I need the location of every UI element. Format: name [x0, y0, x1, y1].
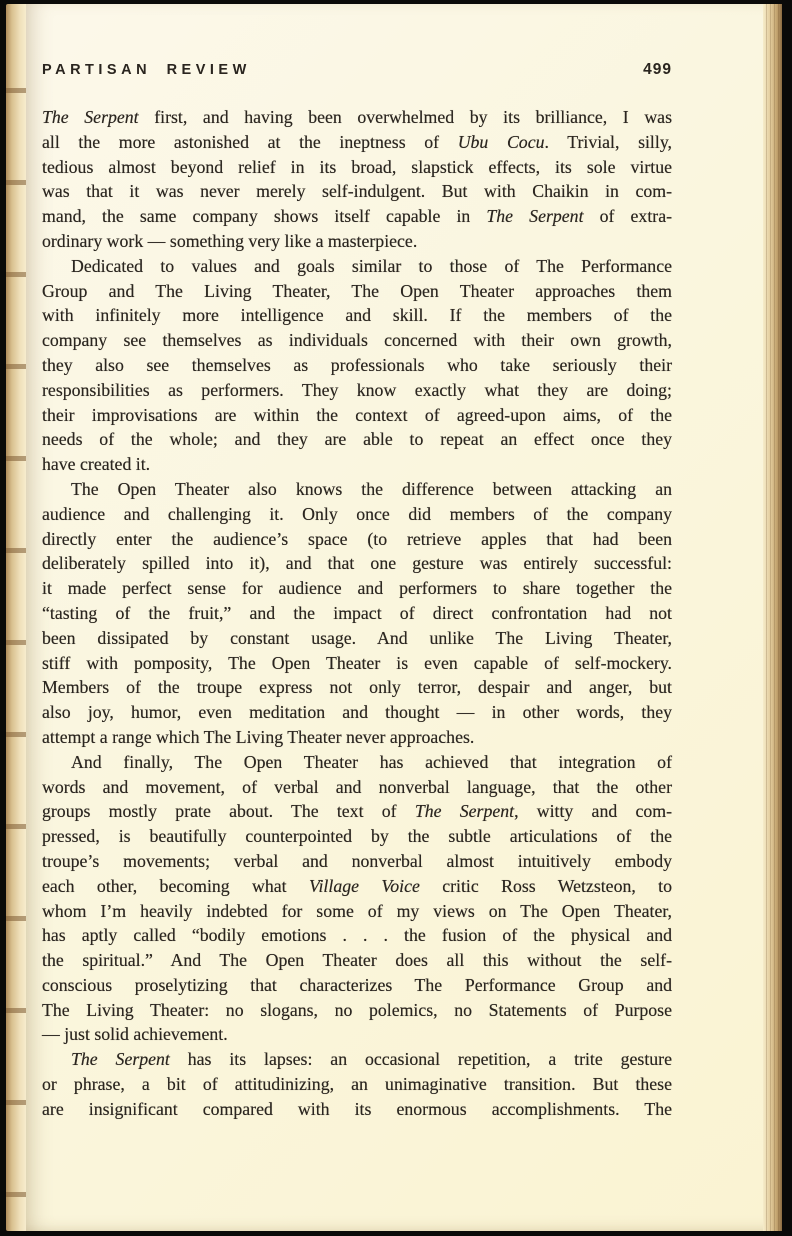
- text-line: directly enter the audience’s space (to …: [42, 527, 672, 552]
- text-line: they also see themselves as professional…: [42, 353, 672, 378]
- text-line: are insignificant compared with its enor…: [42, 1097, 672, 1122]
- paragraph: The Serpent has its lapses: an occasiona…: [42, 1047, 672, 1121]
- text-line: And finally, The Open Theater has achiev…: [42, 750, 672, 775]
- text-line: needs of the whole; and they are able to…: [42, 427, 672, 452]
- text-line: have created it.: [42, 452, 672, 477]
- text-line: groups mostly prate about. The text of T…: [42, 799, 672, 824]
- text-line: or phrase, a bit of attitudinizing, an u…: [42, 1072, 672, 1097]
- page-edge-left: [6, 4, 26, 1231]
- text-line: all the more astonished at the ineptness…: [42, 130, 672, 155]
- paragraph: The Serpent first, and having been overw…: [42, 105, 672, 254]
- text-line: tedious almost beyond relief in its broa…: [42, 155, 672, 180]
- text-line: “tasting of the fruit,” and the impact o…: [42, 601, 672, 626]
- book-scan: PARTISAN REVIEW 499 The Serpent first, a…: [0, 0, 792, 1236]
- text-line: The Living Theater: no slogans, no polem…: [42, 998, 672, 1023]
- text-line: The Open Theater also knows the differen…: [42, 477, 672, 502]
- text-line: has aptly called “bodily emotions . . . …: [42, 923, 672, 948]
- text-line: was that it was never merely self-indulg…: [42, 179, 672, 204]
- text-line: been dissipated by constant usage. And u…: [42, 626, 672, 651]
- text-line: troupe’s movements; verbal and nonverbal…: [42, 849, 672, 874]
- paragraph: The Open Theater also knows the differen…: [42, 477, 672, 750]
- text-line: it made perfect sense for audience and p…: [42, 576, 672, 601]
- text-line: The Serpent first, and having been overw…: [42, 105, 672, 130]
- text-line: with infinitely more intelligence and sk…: [42, 303, 672, 328]
- text-line: words and movement, of verbal and nonver…: [42, 775, 672, 800]
- text-line: company see themselves as individuals co…: [42, 328, 672, 353]
- text-line: attempt a range which The Living Theater…: [42, 725, 672, 750]
- text-line: conscious proselytizing that characteriz…: [42, 973, 672, 998]
- text-line: responsibilities as performers. They kno…: [42, 378, 672, 403]
- text-line: Members of the troupe express not only t…: [42, 675, 672, 700]
- text-line: stiff with pomposity, The Open Theater i…: [42, 651, 672, 676]
- text-line: each other, becoming what Village Voice …: [42, 874, 672, 899]
- text-line: The Serpent has its lapses: an occasiona…: [42, 1047, 672, 1072]
- text-line: their improvisations are within the cont…: [42, 403, 672, 428]
- page-header: PARTISAN REVIEW 499: [42, 61, 672, 79]
- journal-title: PARTISAN REVIEW: [42, 62, 251, 78]
- text-line: whom I’m heavily indebted for some of my…: [42, 899, 672, 924]
- text-line: ordinary work — something very like a ma…: [42, 229, 672, 254]
- paragraph: And finally, The Open Theater has achiev…: [42, 750, 672, 1048]
- text-line: audience and challenging it. Only once d…: [42, 502, 672, 527]
- page: PARTISAN REVIEW 499 The Serpent first, a…: [26, 4, 782, 1231]
- text-line: Group and The Living Theater, The Open T…: [42, 279, 672, 304]
- page-edge-right: [763, 4, 782, 1231]
- body-text: The Serpent first, and having been overw…: [42, 105, 672, 1122]
- text-line: pressed, is beautifully counterpointed b…: [42, 824, 672, 849]
- text-line: the spiritual.” And The Open Theater doe…: [42, 948, 672, 973]
- text-line: deliberately spilled into it), and that …: [42, 551, 672, 576]
- paragraph: Dedicated to values and goals similar to…: [42, 254, 672, 477]
- text-line: Dedicated to values and goals similar to…: [42, 254, 672, 279]
- page-number: 499: [643, 61, 672, 79]
- text-line: mand, the same company shows itself capa…: [42, 204, 672, 229]
- text-line: also joy, humor, even meditation and tho…: [42, 700, 672, 725]
- text-line: — just solid achievement.: [42, 1022, 672, 1047]
